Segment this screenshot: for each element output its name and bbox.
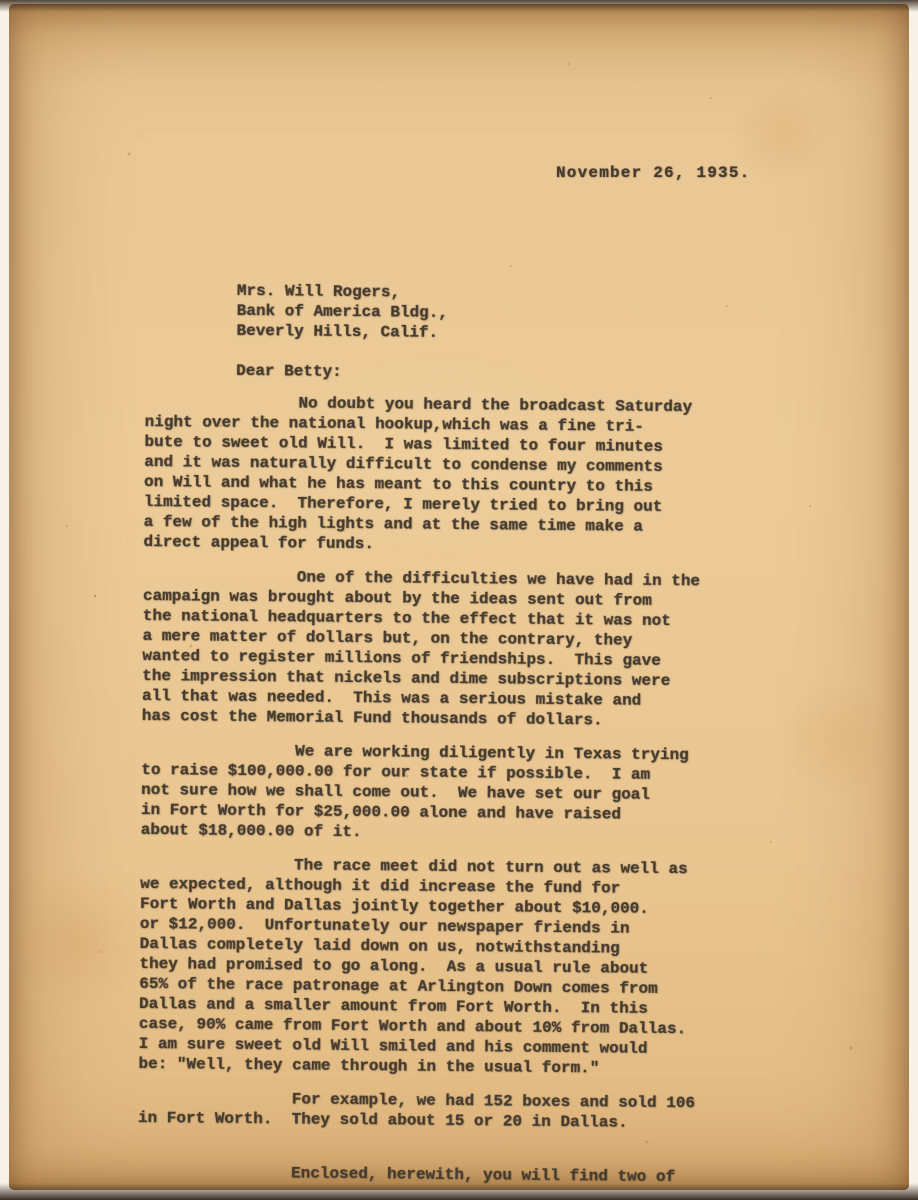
scanned-letter: November 26, 1935. Mrs. Will Rogers,Bank…	[0, 0, 918, 1200]
letter-paragraph: One of the difficulties we have had in t…	[142, 566, 784, 732]
letter-paragraph: We are working diligently in Texas tryin…	[141, 740, 782, 846]
letter-text-block: Mrs. Will Rogers,Bank of America Bldg.,B…	[137, 280, 786, 1188]
recipient-address: Mrs. Will Rogers,Bank of America Bldg.,B…	[236, 281, 786, 346]
salutation: Dear Betty:	[236, 361, 785, 386]
address-line: Beverly Hills, Calif.	[236, 321, 785, 346]
letter-date: November 26, 1935.	[556, 164, 750, 182]
letter-paragraph: For example, we had 152 boxes and sold 1…	[138, 1088, 779, 1154]
letter-body: No doubt you heard the broadcast Saturda…	[137, 392, 785, 1188]
scan-top-shadow	[0, 0, 918, 12]
scan-bottom-shadow	[0, 1183, 918, 1200]
letter-paragraph: No doubt you heard the broadcast Saturda…	[143, 392, 785, 558]
letter-paper: November 26, 1935. Mrs. Will Rogers,Bank…	[9, 4, 909, 1190]
letter-paragraph: The race meet did not turn out as well a…	[138, 854, 780, 1080]
